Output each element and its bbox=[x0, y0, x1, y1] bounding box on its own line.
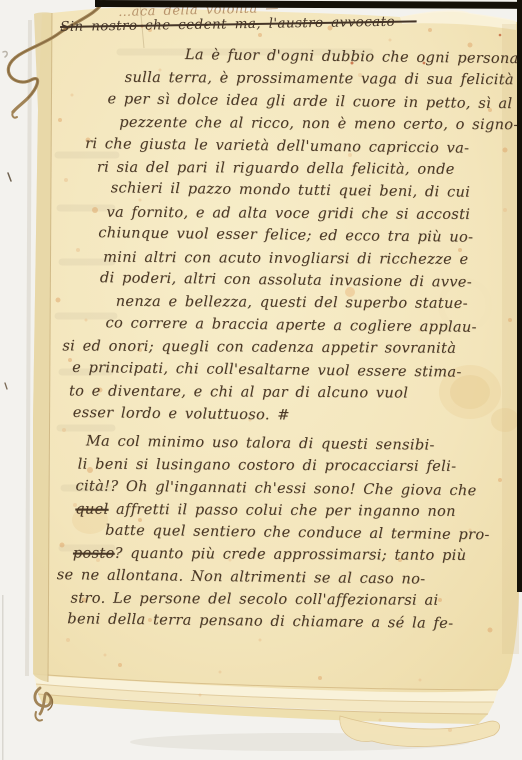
line-rest: affretti il passo colui che per inganno … bbox=[109, 502, 456, 520]
manuscript-line: beni della terra pensano di chiamare a s… bbox=[67, 609, 489, 636]
line-rest: ? quanto più crede approssimarsi; tanto … bbox=[115, 546, 467, 564]
paragraph-2: Ma col minimo uso talora di questi sensi… bbox=[72, 431, 490, 635]
paragraph-1: La è fuor d'ogni dubbio che ogni persona… bbox=[97, 44, 522, 429]
header-struck-line: Sin nostro che cedent ma, l'austro avvoc… bbox=[60, 13, 417, 35]
struck-word: posto bbox=[73, 546, 115, 562]
manuscript-photo: …aca della volontà — Sin nostro che cede… bbox=[0, 0, 522, 760]
manuscript-line: li beni si lusingano costoro di procacci… bbox=[78, 454, 491, 479]
struck-word: quel bbox=[75, 501, 108, 517]
manuscript-line: esser lordo e voluttuoso. # bbox=[73, 401, 522, 430]
photo-right-edge bbox=[517, 0, 522, 592]
handwriting-layer: …aca della volontà — Sin nostro che cede… bbox=[0, 0, 522, 760]
